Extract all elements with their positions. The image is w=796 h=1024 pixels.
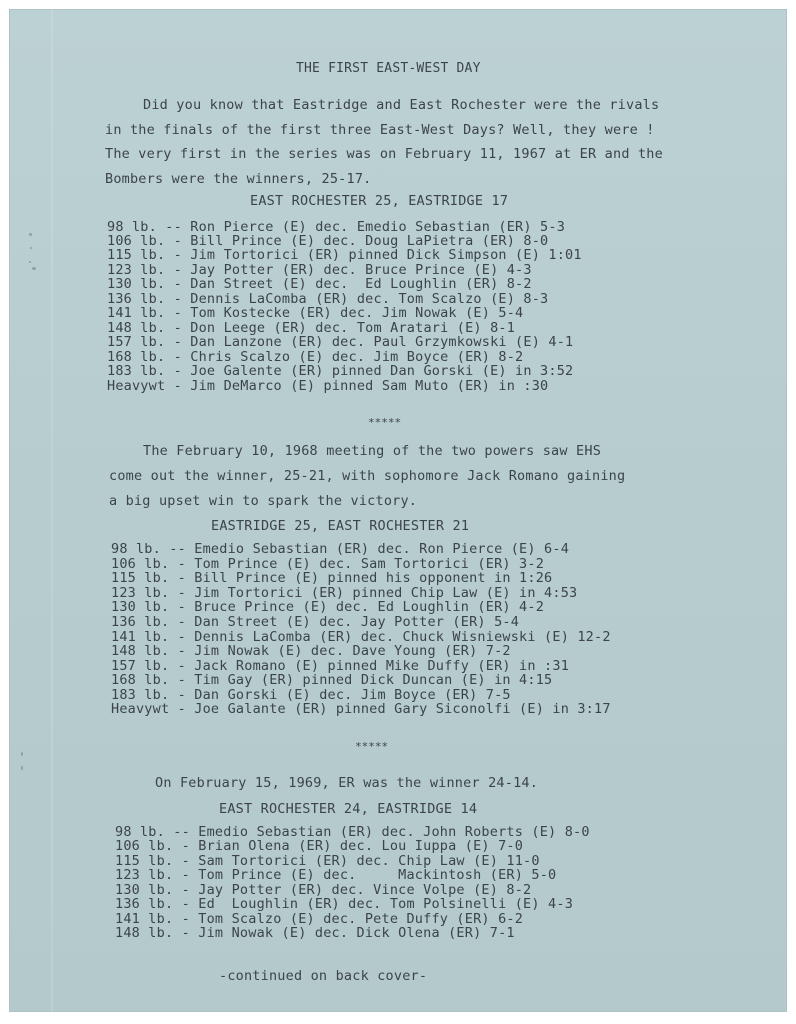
meet-1968-heading: EASTRIDGE 25, EAST ROCHESTER 21	[211, 518, 469, 534]
separator-stars: *****	[355, 740, 388, 753]
document-title: THE FIRST EAST-WEST DAY	[296, 61, 481, 76]
result-row: 141 lb. - Tom Kostecke (ER) dec. Jim Now…	[107, 306, 523, 320]
result-row: 130 lb. - Bruce Prince (E) dec. Ed Lough…	[111, 600, 544, 614]
result-row: 115 lb. - Jim Tortorici (ER) pinned Dick…	[107, 248, 582, 262]
separator-stars: *****	[368, 416, 401, 429]
para-1969: On February 15, 1969, ER was the winner …	[155, 770, 538, 796]
paper-fold	[51, 9, 53, 1012]
para-1968-line-1: The February 10, 1968 meeting of the two…	[143, 438, 601, 464]
result-row: 115 lb. - Bill Prince (E) pinned his opp…	[111, 571, 552, 585]
para-1968-line-2: come out the winner, 25-21, with sophomo…	[109, 463, 625, 489]
result-row: 136 lb. - Dan Street (E) dec. Jay Potter…	[111, 615, 519, 629]
paper-speck	[21, 766, 23, 770]
result-row: 106 lb. - Brian Olena (ER) dec. Lou Iupp…	[115, 839, 523, 853]
paper-speck	[32, 267, 36, 270]
meet-1969-heading: EAST ROCHESTER 24, EASTRIDGE 14	[219, 801, 477, 817]
result-row: 183 lb. - Joe Galente (ER) pinned Dan Go…	[107, 364, 573, 378]
paper-speck	[21, 752, 23, 756]
result-row: 98 lb. -- Emedio Sebastian (ER) dec. Ron…	[111, 542, 569, 556]
result-row: Heavywt - Jim DeMarco (E) pinned Sam Mut…	[107, 379, 548, 393]
meet-1967-heading: EAST ROCHESTER 25, EASTRIDGE 17	[250, 193, 508, 209]
paper-speck	[30, 247, 32, 249]
result-row: 148 lb. - Jim Nowak (E) dec. Dick Olena …	[115, 926, 515, 940]
result-row: 130 lb. - Dan Street (E) dec. Ed Loughli…	[107, 277, 532, 291]
continued-footer: -continued on back cover-	[219, 963, 427, 989]
result-row: Heavywt - Joe Galante (ER) pinned Gary S…	[111, 702, 611, 716]
intro-line-1: Did you know that Eastridge and East Roc…	[143, 92, 659, 118]
intro-line-3: The very first in the series was on Febr…	[105, 141, 663, 167]
intro-line-2: in the finals of the first three East-We…	[105, 117, 655, 143]
paper-speck	[29, 233, 32, 236]
result-row: 123 lb. - Tom Prince (E) dec. Mackintosh…	[115, 868, 556, 882]
result-row: 168 lb. - Tim Gay (ER) pinned Dick Dunca…	[111, 673, 552, 687]
result-row: 148 lb. - Jim Nowak (E) dec. Dave Young …	[111, 644, 511, 658]
intro-line-4: Bombers were the winners, 25-17.	[105, 166, 372, 192]
result-row: 157 lb. - Dan Lanzone (ER) dec. Paul Grz…	[107, 335, 573, 349]
para-1968-line-3: a big upset win to spark the victory.	[109, 488, 417, 514]
result-row: 136 lb. - Ed Loughlin (ER) dec. Tom Pols…	[115, 897, 573, 911]
paper-speck	[29, 261, 31, 263]
